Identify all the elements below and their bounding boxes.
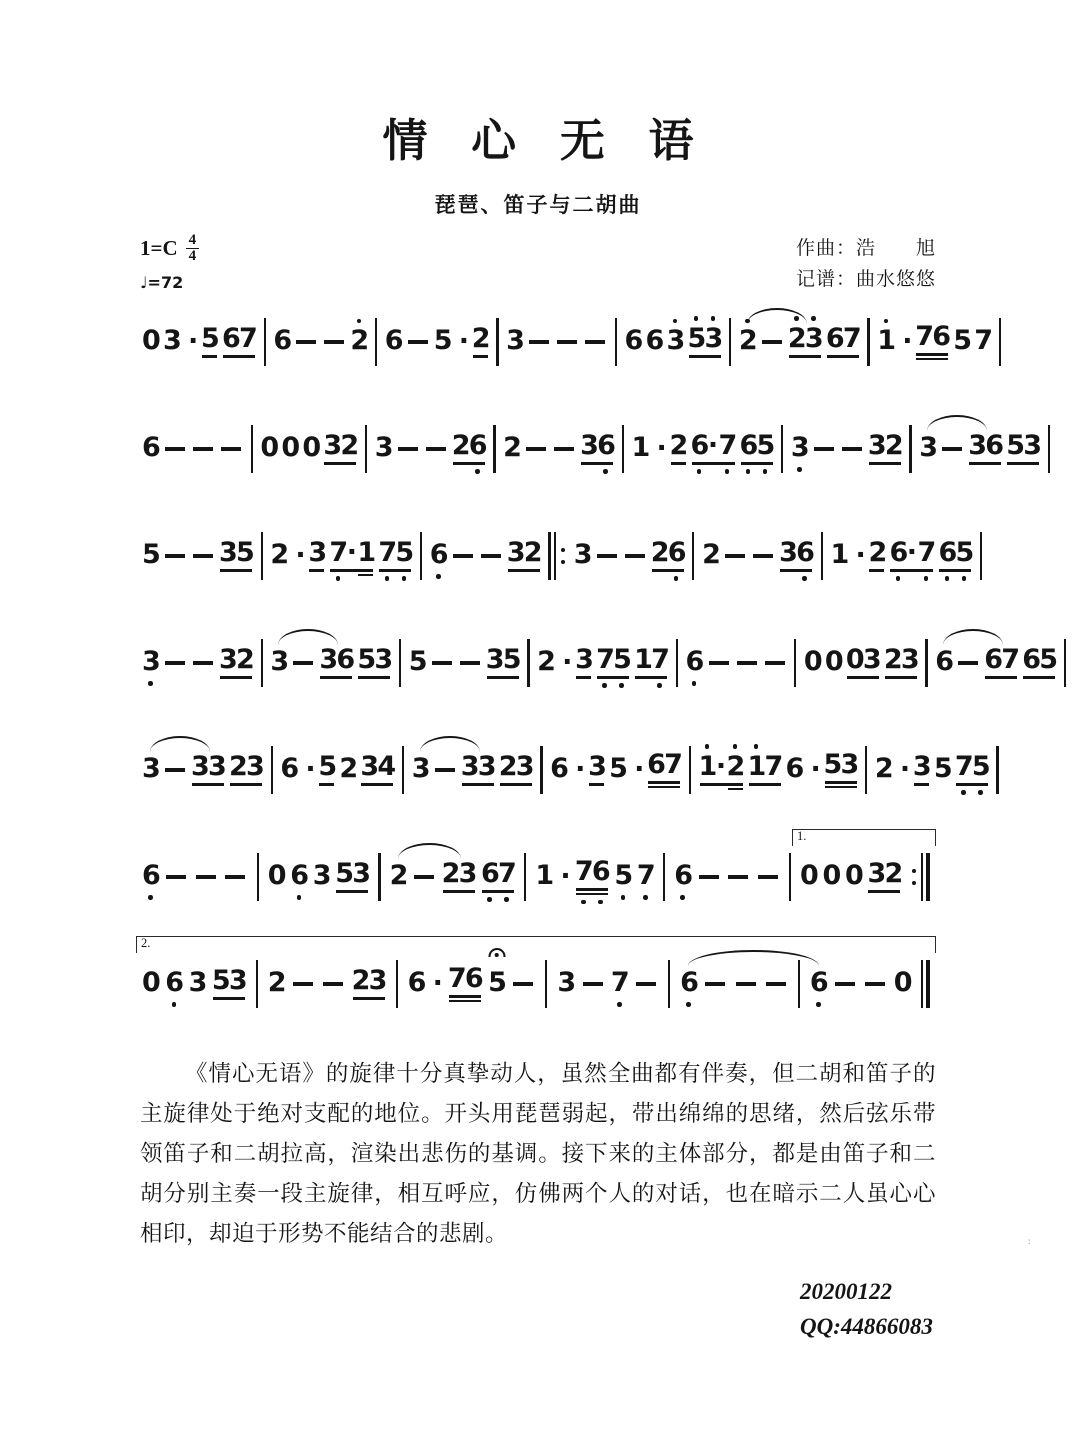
dot-slot (985, 469, 1002, 483)
octave-dots-below (318, 784, 335, 805)
score-glyph (412, 860, 436, 894)
note: 0 (825, 631, 842, 695)
dash-line (529, 340, 549, 344)
dot-slot (719, 469, 736, 483)
note-digits-row: 6 (273, 324, 290, 358)
dash-line (460, 661, 480, 665)
note: 6 (686, 631, 703, 695)
octave-dots-above (791, 417, 808, 431)
dot-slot (668, 522, 685, 536)
dot-slot (339, 788, 356, 802)
meta-row: 1=C 4 4 ♩=72 作曲：浩 旭 记谱：曲水悠悠 (140, 233, 936, 295)
digit: 3 (901, 645, 918, 675)
octave-dots-above (323, 415, 357, 429)
octave-dots-below (302, 465, 319, 481)
digit: 0 (142, 968, 159, 998)
score-glyph (271, 746, 273, 794)
octave-dots-above (350, 310, 367, 324)
note-digits-row: 76 (575, 855, 609, 889)
octave-dots-below (974, 358, 991, 374)
dot-slot (919, 467, 936, 481)
note-digits: 5 (142, 540, 159, 570)
note: 76 (575, 841, 609, 914)
beam-line (192, 783, 224, 785)
note-digits: 23 (229, 752, 263, 782)
octave-dots-below (826, 356, 860, 377)
note-digits-row: 33 (191, 750, 225, 784)
barline (269, 739, 274, 801)
note-digits: 3 (557, 968, 574, 998)
score-glyph (996, 746, 998, 794)
digit: 3 (142, 754, 159, 784)
dot-slot (507, 522, 524, 536)
note-digits: 5 (434, 326, 451, 356)
note-digits: 5 (953, 326, 970, 356)
dash-line (758, 875, 778, 879)
dot-slot (499, 736, 516, 750)
note-digits-row: 53 (212, 964, 246, 998)
digit: 2 (885, 431, 902, 461)
octave-dots-above (913, 736, 930, 750)
octave-dots-below (810, 1000, 827, 1016)
note-digits-row: 67 (222, 322, 256, 356)
note-digits: 6 (408, 968, 425, 998)
note-digits: 53 (688, 324, 722, 354)
dot-slot (800, 895, 817, 909)
dot-slot (459, 843, 476, 857)
dash-line (293, 982, 313, 986)
dot-slot (588, 736, 605, 750)
dot-slot (637, 895, 654, 909)
octave-dots-above (824, 734, 858, 748)
note-digits: 3 (163, 326, 180, 356)
dot-slot (845, 845, 862, 859)
octave-dots-above (646, 310, 663, 324)
dot-slot (360, 736, 377, 750)
octave-dots-above (329, 522, 374, 536)
barline (787, 846, 792, 908)
dot-slot (537, 681, 554, 695)
note: 67 (647, 734, 681, 807)
dash (735, 632, 759, 694)
note: 35 (219, 522, 253, 591)
dash-line (513, 982, 533, 986)
digit: 3 (1023, 431, 1040, 461)
octave-dots-above (268, 952, 285, 966)
note-digits: 6 (273, 326, 290, 356)
digit: 3 (868, 431, 885, 461)
note: 6 (273, 310, 290, 374)
digit: 3 (189, 968, 206, 998)
octave-dots-below (651, 570, 685, 591)
octave-dots-below (191, 784, 225, 805)
note-digits: 6 (280, 754, 297, 784)
digit: · (346, 538, 357, 568)
digit: 0 (268, 861, 285, 891)
barline (819, 525, 824, 587)
dot-slot (503, 629, 520, 643)
note-digits-row: 17 (748, 750, 782, 784)
note: 7·1 (329, 522, 374, 591)
digit: 7 (329, 538, 346, 568)
beam-line (671, 462, 686, 464)
dot-slot (430, 574, 447, 588)
digit: 6 (826, 324, 843, 354)
note-digits: 26 (651, 538, 685, 568)
digit: 7 (765, 752, 782, 782)
note-digits-row: 6· (408, 966, 442, 1000)
note-digits-row: 36 (968, 429, 1002, 463)
dot-slot (503, 683, 520, 697)
note: 32 (323, 415, 357, 484)
note: 5 (201, 308, 218, 377)
score-glyph (527, 325, 551, 359)
dot-slot (705, 362, 722, 376)
digit: 7 (637, 861, 654, 891)
digit: 5 (409, 647, 426, 677)
digit: 3 (919, 433, 936, 463)
octave-dot (643, 895, 648, 900)
digit: 3 (841, 750, 858, 780)
note-digits-row: 5· (434, 324, 468, 358)
octave-dot (674, 576, 679, 581)
note: 36 (779, 522, 813, 591)
note: 32 (867, 843, 901, 912)
dot-slot (757, 415, 774, 429)
beam-line (462, 783, 494, 785)
dash (291, 953, 315, 1015)
digit: 3 (208, 752, 225, 782)
score-glyph (764, 967, 788, 1001)
dot-slot (409, 631, 426, 645)
digit: 6 (469, 431, 486, 461)
score-glyph (396, 960, 398, 1008)
beam-line (223, 355, 255, 357)
dot-slot (575, 683, 592, 697)
octave-dots-below (142, 358, 159, 374)
octave-dots-below (360, 784, 394, 805)
dot-slot (395, 522, 412, 536)
note: 5· (434, 310, 468, 374)
dot-slot (281, 467, 298, 481)
dash (756, 846, 780, 908)
dot-slot (201, 308, 218, 322)
digit: 5 (955, 538, 972, 568)
dot-slot (506, 310, 523, 324)
barline (394, 953, 399, 1015)
dot-slot (498, 843, 515, 857)
octave-dots-above (632, 417, 649, 431)
dot-slot (352, 1004, 369, 1018)
note: 2 (339, 738, 356, 802)
dot-slot (229, 790, 246, 804)
dot-slot (1001, 683, 1018, 697)
digit: 2 (884, 645, 901, 675)
note-digits: 0 (804, 647, 821, 677)
octave-dots-below (953, 358, 970, 374)
digit: 2 (268, 968, 285, 998)
octave-dots-above (360, 736, 394, 750)
score-glyph (424, 432, 448, 466)
octave-dot (621, 895, 626, 900)
dot-slot (611, 952, 628, 966)
note-digits-row: 32 (219, 643, 253, 677)
dot-slot (668, 576, 685, 590)
octave-dots-above (339, 738, 356, 752)
score-glyph (707, 646, 731, 680)
octave-dots-below (688, 356, 722, 377)
digit: 7 (611, 968, 628, 998)
note-digits: 1 (632, 433, 649, 463)
dash-line (636, 982, 656, 986)
note-digits: 32 (507, 538, 541, 568)
note-digits: 23 (442, 859, 476, 889)
dot-slot (667, 360, 684, 374)
dash (321, 953, 345, 1015)
note: 67 (481, 843, 515, 912)
dot-slot (499, 790, 516, 804)
digit: 5 (503, 645, 520, 675)
barline (254, 953, 259, 1015)
note-digits: 0 (302, 433, 319, 463)
note-digits-row: 5 (953, 324, 970, 358)
dot-slot (955, 522, 972, 536)
note-digits-row: 65 (740, 429, 774, 463)
octave-dots-below (934, 786, 951, 802)
octave-dots-above (357, 629, 391, 643)
dot-slot (786, 788, 803, 802)
score-line: 03·5676265·2366353223671·7657 (140, 305, 936, 379)
octave-dots-above (385, 310, 402, 324)
note-digits: 75 (378, 538, 412, 568)
dash-line (705, 982, 725, 986)
note-digits-row: 0 (302, 431, 319, 465)
note: 3 (313, 845, 330, 909)
note-digits-row: 0 (845, 859, 862, 893)
dot-slot (901, 683, 918, 697)
digit: 6 (165, 968, 182, 998)
dot-slot (932, 365, 949, 379)
dot-slot (219, 576, 236, 590)
octave-dots-below (201, 356, 218, 377)
octave-dots-above (163, 310, 180, 324)
dot-slot (664, 734, 681, 748)
octave-dots-below (268, 1000, 285, 1016)
dot-slot (189, 952, 206, 966)
octave-dot (811, 316, 816, 321)
digit: 6 (481, 859, 498, 889)
dot-slot (336, 683, 353, 697)
augmentation-dot: · (188, 326, 197, 357)
dot-slot (409, 681, 426, 695)
note-digits: 0 (822, 861, 839, 891)
digit: 0 (846, 645, 863, 675)
note: 2 (868, 522, 885, 591)
note-digits-row: 1· (632, 431, 666, 465)
score-glyph (321, 967, 345, 1001)
octave-dots-above (580, 415, 614, 429)
digit: 6 (336, 645, 353, 675)
note: 65 (938, 522, 972, 591)
note-digits-row: 23 (884, 643, 918, 677)
octave-dots-below (219, 677, 253, 698)
octave-dots-below (938, 570, 972, 591)
octave-dots-above (884, 629, 918, 643)
note: 3 (375, 417, 392, 481)
octave-dots-above (786, 738, 803, 752)
octave-dots-below (868, 570, 885, 591)
octave-dots-above (634, 629, 668, 643)
dot-slot (273, 360, 290, 374)
dot-slot (953, 360, 970, 374)
note: 0 (302, 417, 319, 481)
digit: 3 (142, 647, 159, 677)
octave-dots-below (390, 893, 407, 909)
dot-slot (239, 362, 256, 376)
digit: 6 (646, 326, 663, 356)
dot-slot (825, 631, 842, 645)
octave-dots-below (779, 570, 813, 591)
digit: 6 (592, 857, 609, 887)
dot-slot (524, 576, 541, 590)
note-digits-row: 23 (788, 322, 822, 356)
octave-dots-above (318, 736, 335, 750)
octave-dots-above (674, 845, 691, 859)
score-glyph (433, 753, 457, 787)
score-glyph (1048, 425, 1050, 473)
digit: 2 (868, 538, 885, 568)
octave-dot (962, 576, 967, 581)
dot-slot (208, 790, 225, 804)
time-signature-numerator: 4 (186, 232, 200, 249)
beam-line (914, 783, 929, 785)
digit: 3 (375, 433, 392, 463)
dot-slot (674, 895, 691, 909)
digit: 6 (273, 326, 290, 356)
octave-dots-above (335, 843, 369, 857)
note: 2 (503, 417, 520, 481)
note-digits: 35 (486, 645, 520, 675)
beam-line (213, 997, 245, 999)
dot-slot (378, 576, 395, 590)
digit: 5 (972, 752, 989, 782)
beam-line (825, 781, 857, 783)
note-digits-row: 3 (667, 324, 684, 358)
dash (707, 632, 731, 694)
dot-slot (651, 522, 668, 536)
digit: 3 (412, 754, 429, 784)
digit: 0 (804, 647, 821, 677)
note-digits-row: 0 (268, 859, 285, 893)
digit: 1 (830, 540, 847, 570)
octave-dots-below (686, 679, 703, 695)
digit: 5 (357, 645, 374, 675)
note-digits-row: 6 (680, 966, 697, 1000)
dash (595, 525, 619, 587)
octave-dots-above (934, 738, 951, 752)
barline (866, 311, 871, 373)
note-digits: 32 (868, 431, 902, 461)
score-glyph (921, 960, 923, 1008)
beam-line (969, 462, 1001, 464)
note-digits: 1 (535, 861, 552, 891)
score-glyph (555, 325, 579, 359)
score-glyph (926, 853, 930, 901)
barline (728, 311, 733, 373)
note-digits-row: 1· (830, 538, 864, 572)
digit: 3 (580, 431, 597, 461)
score-glyph (1064, 639, 1066, 687)
dot-slot (375, 417, 392, 431)
octave-dot (603, 469, 608, 474)
octave-dots-above (273, 310, 290, 324)
dot-slot (740, 415, 757, 429)
note-digits: 5 (614, 861, 631, 891)
note-digits-row: 26 (651, 536, 685, 570)
score-glyph (760, 325, 784, 359)
dot-slot (791, 417, 808, 431)
beam-line (449, 995, 481, 997)
dot-slot (246, 790, 263, 804)
octave-dots-above (308, 522, 325, 536)
barline (1062, 632, 1067, 694)
note-digits-row: 1·2 (699, 750, 744, 784)
note-digits-row: 5· (609, 752, 643, 786)
dot-slot (609, 738, 626, 752)
octave-dots-below (791, 465, 808, 481)
dot-slot (805, 362, 822, 376)
octave-dots-above (702, 524, 719, 538)
note-digits: 7·1 (329, 538, 374, 568)
dash (430, 632, 454, 694)
digit: 3 (308, 538, 325, 568)
octave-dot (172, 1002, 177, 1007)
note-digits: 6 (430, 540, 447, 570)
octave-dots-above (877, 310, 894, 324)
digit: 7 (575, 857, 592, 887)
note-digits: 6 (674, 861, 691, 891)
dot-slot (885, 469, 902, 483)
dot-slot (478, 790, 495, 804)
dot-slot (632, 417, 649, 431)
dash-line (766, 982, 786, 986)
score-glyph (756, 860, 780, 894)
dash-line (193, 661, 213, 665)
digit: 2 (236, 645, 253, 675)
dot-slot (810, 1002, 827, 1016)
octave-dot (746, 469, 751, 474)
note-digits: 3 (575, 645, 592, 675)
note-digits-row: 3 (412, 752, 429, 786)
score-glyph (622, 425, 624, 473)
dot-slot (580, 415, 597, 429)
dot-slot (346, 522, 357, 536)
dot-slot (613, 683, 630, 697)
digit: 5 (434, 326, 451, 356)
dash (219, 418, 243, 480)
octave-dots-below (280, 786, 297, 802)
note: 0 (800, 845, 817, 909)
note-digits-row: 2· (270, 538, 304, 572)
octave-dots-below (632, 465, 649, 481)
dot-slot (270, 524, 287, 538)
beam-line (847, 676, 879, 678)
note-digits: 5 (409, 647, 426, 677)
score-glyph (219, 432, 243, 466)
dot-slot (800, 845, 817, 859)
octave-dot (475, 469, 480, 474)
note-digits: 76 (575, 857, 609, 887)
